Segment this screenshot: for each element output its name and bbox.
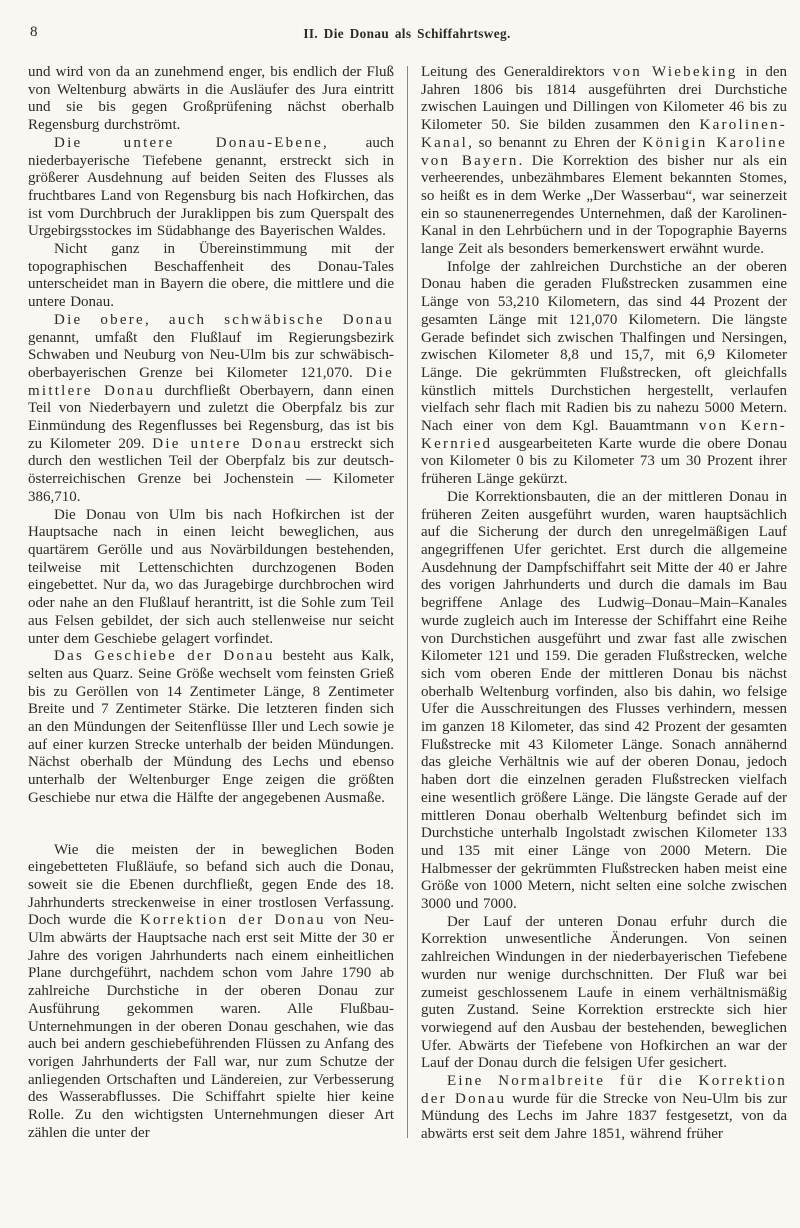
body-text: , so benannt zu Ehren der (468, 135, 642, 151)
body-text: Infolge der zahlreichen Durchstiche an d… (421, 259, 787, 434)
right-column: Leitung des Generaldirektors von Wiebeki… (421, 64, 787, 1144)
paragraph: Eine Normalbreite für die Korrektion der… (421, 1073, 787, 1144)
body-text: Die Donau von Ulm bis nach Hofkirchen is… (28, 507, 394, 647)
page-header: 8 II. Die Donau als Schiffahrtsweg. (28, 24, 786, 42)
paragraph: Nicht ganz in Übereinstimmung mit der to… (28, 241, 394, 312)
column-divider (407, 66, 408, 1138)
body-text: Leitung des Generaldirektors (421, 64, 613, 80)
left-column: und wird von da an zunehmend enger, bis … (28, 64, 394, 1144)
emphasized-text: Die obere, auch schwäbische Donau (54, 312, 394, 328)
paragraph: Die untere Donau-Ebene, auch niederbayer… (28, 135, 394, 241)
body-text: von Neu-Ulm abwärts der Hauptsache nach … (28, 912, 394, 1140)
paragraph: Das Geschiebe der Donau besteht aus Kalk… (28, 648, 394, 807)
body-text: besteht aus Kalk, selten aus Quarz. Sein… (28, 648, 394, 806)
paragraph: Die obere, auch schwäbische Donau genann… (28, 312, 394, 507)
text-columns: und wird von da an zunehmend enger, bis … (28, 64, 786, 1144)
paragraph: Wie die meisten der in beweglichen Boden… (28, 842, 394, 1143)
paragraph: Die Korrektionsbauten, die an der mittle… (421, 489, 787, 914)
emphasized-text: von Wiebeking (613, 64, 738, 80)
paragraph: Die Donau von Ulm bis nach Hofkirchen is… (28, 507, 394, 649)
paragraph: und wird von da an zunehmend enger, bis … (28, 64, 394, 135)
body-text: Nicht ganz in Übereinstimmung mit der to… (28, 241, 394, 310)
emphasized-text: Die untere Donau-Ebene (54, 135, 323, 151)
running-title: II. Die Donau als Schiffahrtsweg. (28, 26, 786, 42)
body-text: genannt, umfaßt den Flußlauf im Regierun… (28, 330, 394, 381)
emphasized-text: Das Geschiebe der Donau (54, 648, 275, 664)
body-text: Der Lauf der unteren Donau erfuhr durch … (421, 914, 787, 1072)
body-text: Die Korrektionsbauten, die an der mittle… (421, 489, 787, 912)
paragraph: Infolge der zahlreichen Durchstiche an d… (421, 259, 787, 489)
body-text: und wird von da an zunehmend enger, bis … (28, 64, 394, 133)
emphasized-text: Die untere Donau (152, 436, 303, 452)
paragraph: Leitung des Generaldirektors von Wiebeki… (421, 64, 787, 259)
emphasized-text: Korrektion der Donau (140, 912, 326, 928)
book-page: 8 II. Die Donau als Schiffahrtsweg. und … (0, 0, 800, 1228)
paragraph: Der Lauf der unteren Donau erfuhr durch … (421, 914, 787, 1073)
